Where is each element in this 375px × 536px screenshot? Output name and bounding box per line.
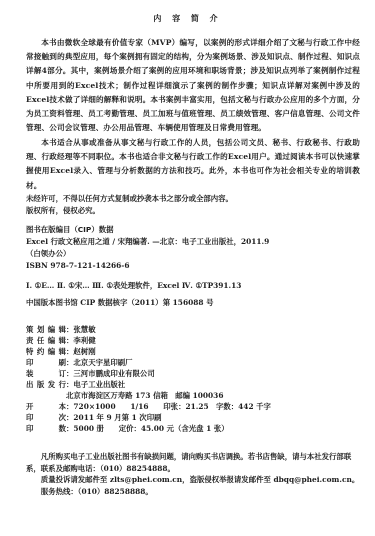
credit-value: 5000 册 定价：45.00 元（含光盘 1 张） — [73, 423, 228, 434]
cip-classification: Ⅰ. ①E… Ⅱ. ①宋… Ⅲ. ①表处理软件，Excel Ⅳ. ①TP391.… — [26, 280, 241, 291]
cip-entry: Excel 行政文秘应用之道 / 宋翔编著. —北京：电子工业出版社，2011.… — [26, 236, 269, 247]
rights-reserved: 版权所有，侵权必究。 — [26, 205, 100, 216]
isbn: ISBN 978-7-121-14266-6 — [26, 260, 130, 271]
cip-library-record: 中国版本图书馆 CIP 数据核字（2011）第 156088 号 — [26, 297, 213, 308]
credit-row: 出版发行：电子工业出版社 — [26, 379, 125, 390]
credit-row: 装订：三河市鹏成印业有限公司 — [26, 368, 155, 379]
credit-label: 印次 — [26, 412, 66, 423]
credit-label: 责任编辑 — [26, 335, 66, 346]
complaint-email-notice: 质量投诉请发邮件至 zlts@phei.com.cn，盗版侵权举报请发邮件至 d… — [26, 474, 360, 486]
credit-value: 张慧敏 — [73, 324, 95, 335]
credit-row: 策划编辑：张慧敏 — [26, 324, 96, 335]
page-title: 内 容 简 介 — [0, 13, 375, 24]
cip-series: （白领办公） — [26, 248, 70, 259]
credit-row: 印刷：北京天宇星印刷厂 — [26, 357, 133, 368]
copyright-notice: 未经许可，不得以任何方式复制或抄袭本书之部分或全部内容。 — [26, 193, 233, 204]
copyright-page: 内 容 简 介 本书由微软全球最有价值专家（MVP）编写，以案例的形式详细介绍了… — [0, 0, 375, 536]
intro-paragraph-1: 本书由微软全球最有价值专家（MVP）编写，以案例的形式详细介绍了文秘与行政工作中… — [26, 36, 360, 135]
credit-row: 开本：720×1000 1/16 印张：21.25 字数：442 千字 — [26, 401, 271, 412]
credit-label: 印刷 — [26, 357, 66, 368]
credit-value: 2011 年 9 月第 1 次印刷 — [73, 412, 161, 423]
credit-label: 策划编辑 — [26, 324, 66, 335]
credit-row: 印数：5000 册 定价：45.00 元（含光盘 1 张） — [26, 423, 229, 434]
credit-value: 李利健 — [73, 335, 95, 346]
credit-label: 印数 — [26, 423, 66, 434]
credit-label: 出版发行 — [26, 379, 66, 390]
credit-row: 特约编辑：赵树刚 — [26, 346, 96, 357]
intro-paragraph-2: 本书适合从事或准备从事文秘与行政工作的人员，包括公司文员、秘书、行政秘书、行政助… — [26, 136, 360, 193]
credit-label: 装订 — [26, 368, 66, 379]
purchase-notice: 凡所购买电子工业出版社图书有缺损问题，请向购买书店调换。若书店售缺，请与本社发行… — [26, 451, 360, 497]
credit-value: 三河市鹏成印业有限公司 — [73, 368, 154, 379]
credit-label: 开本 — [26, 401, 66, 412]
credit-value: 赵树刚 — [73, 346, 95, 357]
service-hotline: 服务热线：（010）88258888。 — [26, 486, 360, 498]
publisher-address: 北京市海淀区万寿路 173 信箱 邮编 100036 — [66, 390, 223, 401]
credit-value: 电子工业出版社 — [73, 379, 125, 390]
credit-value: 北京天宇星印刷厂 — [73, 357, 132, 368]
cip-heading: 图书在版编目（CIP）数据 — [26, 224, 114, 235]
credit-label: 特约编辑 — [26, 346, 66, 357]
defect-exchange-notice: 凡所购买电子工业出版社图书有缺损问题，请向购买书店调换。若书店售缺，请与本社发行… — [26, 451, 360, 474]
credit-row: 印次：2011 年 9 月第 1 次印刷 — [26, 412, 161, 423]
credit-row-address: 北京市海淀区万寿路 173 信箱 邮编 100036 — [66, 390, 223, 401]
credit-value: 720×1000 1/16 印张：21.25 字数：442 千字 — [73, 401, 271, 412]
credit-row: 责任编辑：李利健 — [26, 335, 96, 346]
